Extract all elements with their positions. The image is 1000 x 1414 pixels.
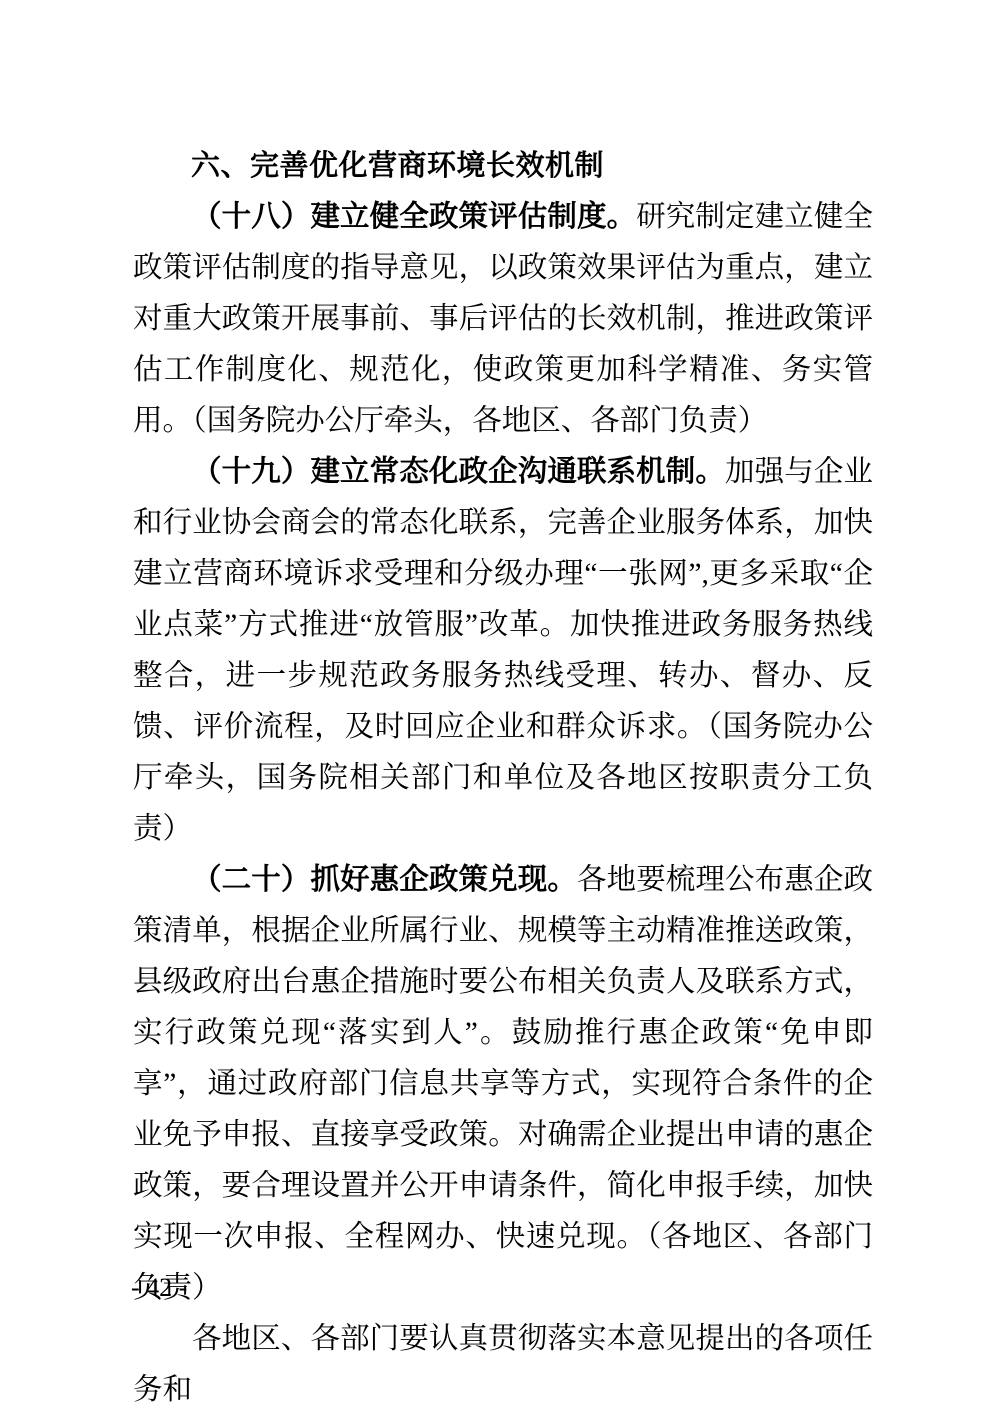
paragraph-body: 各地区、各部门要认真贯彻落实本意见提出的各项任务和 [133,1323,873,1406]
paragraph-lead: （二十）抓好惠企政策兑现。 [192,864,577,896]
paragraph-lead: （十八）建立健全政策评估制度。 [192,201,636,233]
document-content: 六、完善优化营商环境长效机制 （十八）建立健全政策评估制度。研究制定建立健全政策… [133,141,873,1414]
paragraph-body: 各地要梳理公布惠企政策清单，根据企业所属行业、规模等主动精准推送政策，县级政府出… [133,864,873,1304]
section-heading: 六、完善优化营商环境长效机制 [133,141,873,192]
paragraph-lead: （十九）建立常态化政企沟通联系机制。 [192,456,725,488]
page-number: - 42 - [131,1272,187,1304]
paragraph-item-19: （十九）建立常态化政企沟通联系机制。加强与企业和行业协会商会的常态化联系，完善企… [133,447,873,855]
closing-paragraph: 各地区、各部门要认真贯彻落实本意见提出的各项任务和 [133,1314,873,1414]
paragraph-body: 研究制定建立健全政策评估制度的指导意见，以政策效果评估为重点，建立对重大政策开展… [133,201,873,437]
paragraph-item-18: （十八）建立健全政策评估制度。研究制定建立健全政策评估制度的指导意见，以政策效果… [133,192,873,447]
document-page: 六、完善优化营商环境长效机制 （十八）建立健全政策评估制度。研究制定建立健全政策… [0,0,1000,1414]
paragraph-item-20: （二十）抓好惠企政策兑现。各地要梳理公布惠企政策清单，根据企业所属行业、规模等主… [133,855,873,1314]
paragraph-body: 加强与企业和行业协会商会的常态化联系，完善企业服务体系，加快建立营商环境诉求受理… [133,456,873,845]
